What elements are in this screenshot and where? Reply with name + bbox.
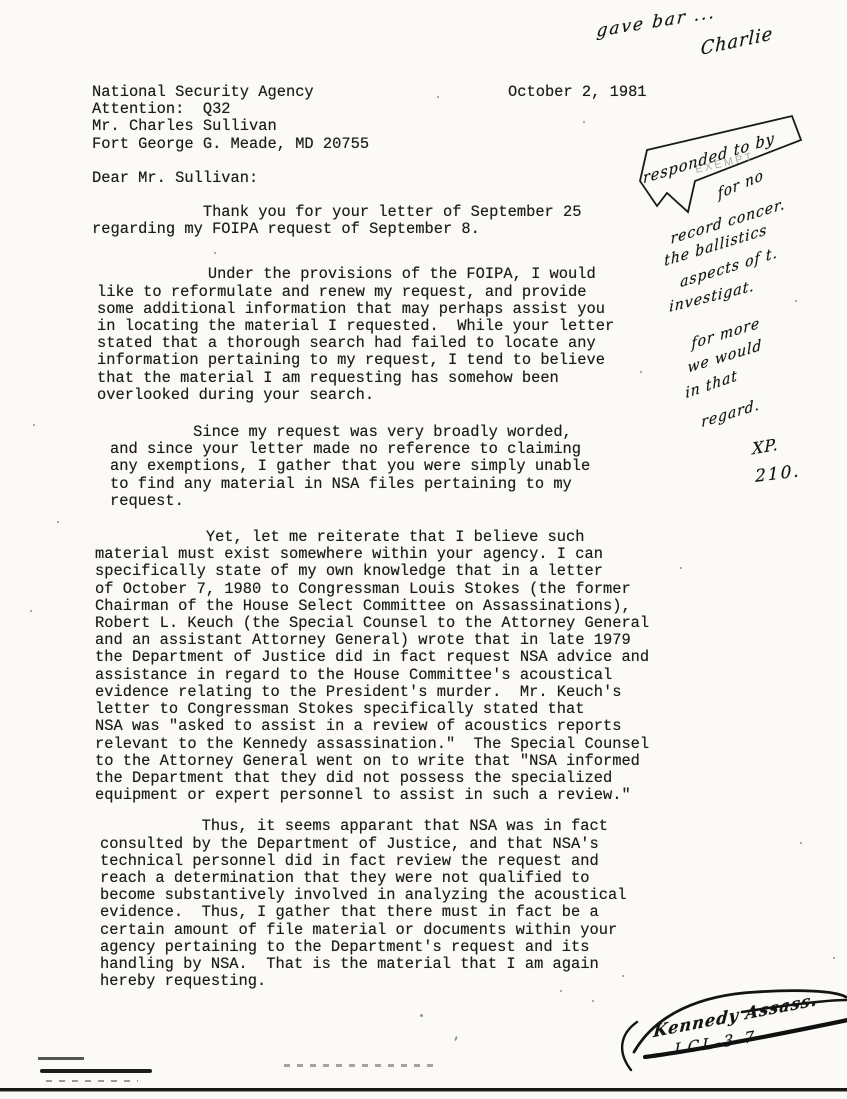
scan-smudge [38, 1057, 84, 1060]
body-line: specifically state of my own knowledge t… [95, 563, 692, 580]
paragraph: Thank you for your letter of September 2… [92, 204, 692, 238]
paragraph: Under the provisions of the FOIPA, I wou… [97, 266, 692, 404]
speck [30, 610, 32, 612]
body-line: the Department of Justice did in fact re… [95, 649, 692, 666]
body-line: technical personnel did in fact review t… [100, 853, 692, 870]
paragraph: Yet, let me reiterate that I believe suc… [95, 529, 692, 804]
body-line: Thank you for your letter of September 2… [92, 204, 692, 221]
body-line: regarding my FOIPA request of September … [92, 221, 692, 238]
margin-note-number: 210. [755, 461, 801, 487]
body-line: Under the provisions of the FOIPA, I wou… [97, 266, 692, 283]
body-line: evidence. Thus, I gather that there must… [100, 904, 692, 921]
body-line: to the Attorney General went on to write… [95, 753, 692, 770]
body-line: material must exist somewhere within you… [95, 546, 692, 563]
body-line: stated that a thorough search had failed… [97, 335, 692, 352]
speck [583, 121, 585, 123]
handwritten-top-note: gave bar ... [596, 2, 717, 41]
document-page: National Security Agency Attention: Q32 … [0, 0, 847, 1099]
salutation: Dear Mr. Sullivan: [92, 170, 692, 187]
body-line: in locating the material I requested. Wh… [97, 318, 692, 335]
body-line: certain amount of file material or docum… [100, 922, 692, 939]
pen-paren-stroke [622, 1022, 637, 1070]
body-line: any exemptions, I gather that you were s… [110, 458, 692, 475]
letter-date: October 2, 1981 [508, 84, 647, 101]
paragraph: Thus, it seems apparant that NSA was in … [100, 818, 692, 990]
scan-smudge [40, 1069, 152, 1073]
body-line: Thus, it seems apparant that NSA was in … [100, 818, 692, 835]
body-line: agency pertaining to the Department's re… [100, 939, 692, 956]
body-line: request. [110, 493, 692, 510]
body-line: consulted by the Department of Justice, … [100, 836, 692, 853]
body-line: reach a determination that they were not… [100, 870, 692, 887]
speck [833, 957, 835, 959]
body-line: information pertaining to my request, I … [97, 352, 692, 369]
body-line: assistance in regard to the House Commit… [95, 667, 692, 684]
body-line: equipment or expert personnel to assist … [95, 787, 692, 804]
body-line: evidence relating to the President's mur… [95, 684, 692, 701]
speck [795, 300, 797, 302]
recipient-line: Attention: Q32 [92, 101, 692, 118]
body-line: Robert L. Keuch (the Special Counsel to … [95, 615, 692, 632]
body-line: that the material I am requesting has so… [97, 370, 692, 387]
body-line: like to reformulate and renew my request… [97, 284, 692, 301]
speck [592, 1000, 594, 1002]
speck [420, 1014, 423, 1017]
body-line: Yet, let me reiterate that I believe suc… [95, 529, 692, 546]
body-line: to find any material in NSA files pertai… [110, 476, 692, 493]
speck [800, 842, 802, 844]
speck [680, 567, 682, 569]
body-line: relevant to the Kennedy assassination." … [95, 736, 692, 753]
speck [622, 975, 624, 977]
margin-note: regard. [701, 397, 760, 432]
body-line: letter to Congressman Stokes specificall… [95, 701, 692, 718]
body-line: of October 7, 1980 to Congressman Louis … [95, 581, 692, 598]
letter-body: National Security Agency Attention: Q32 … [92, 84, 692, 990]
body-line: Since my request was very broadly worded… [110, 424, 692, 441]
speck [33, 424, 35, 426]
handwritten-top-signature: Charlie [700, 23, 773, 60]
body-line: and an assistant Attorney General) wrote… [95, 632, 692, 649]
scan-edge-line [0, 1091, 847, 1092]
paragraph: Since my request was very broadly worded… [110, 424, 692, 510]
speck [437, 96, 439, 98]
speck [57, 521, 59, 523]
margin-note: for no [717, 167, 765, 203]
body-line: and since your letter made no reference … [110, 441, 692, 458]
speck [560, 990, 562, 992]
body-line: some additional information that may per… [97, 301, 692, 318]
body-line: NSA was "asked to assist in a review of … [95, 718, 692, 735]
scan-smudge [284, 1064, 436, 1067]
body-line: hereby requesting. [100, 973, 692, 990]
recipient-line: Fort George G. Meade, MD 20755 [92, 136, 692, 153]
speck [214, 252, 216, 254]
body-line: overlooked during your search. [97, 387, 692, 404]
speck [640, 371, 642, 373]
recipient-line: Mr. Charles Sullivan [92, 118, 692, 135]
body-line: handling by NSA. That is the material th… [100, 956, 692, 973]
scan-smudge [46, 1080, 138, 1082]
body-line: Chairman of the House Select Committee o… [95, 598, 692, 615]
speck [454, 1036, 458, 1041]
body-line: the Department that they did not possess… [95, 770, 692, 787]
margin-note-initials: XP. [752, 435, 779, 459]
body-line: become substantively involved in analyzi… [100, 887, 692, 904]
